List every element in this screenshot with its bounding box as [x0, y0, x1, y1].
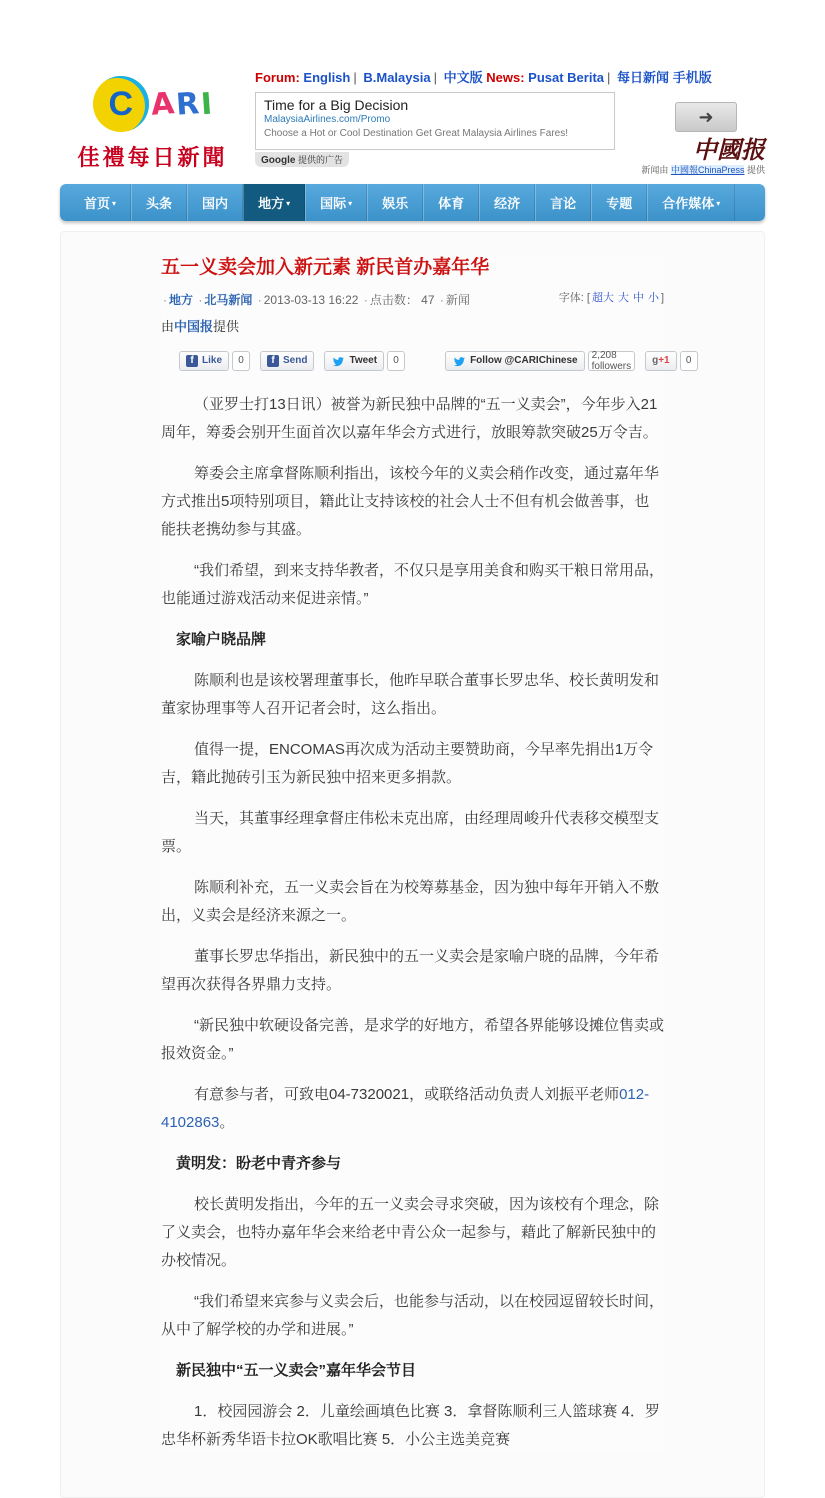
paragraph: 值得一提，ENCOMAS再次成为活动主要赞助商，今早率先捐出1万令吉，籍此抛砖引…: [161, 736, 664, 792]
nav-label: 合作媒体: [662, 196, 714, 211]
chevron-down-icon: ▾: [716, 199, 720, 208]
article-title: 五一义卖会加入新元素 新民首办嘉年华: [161, 256, 664, 281]
nav-label: 地方: [258, 196, 284, 211]
nav-item-opinion[interactable]: 言论: [535, 184, 591, 221]
article-body: （亚罗士打13日讯）被誉为新民独中品牌的“五一义卖会”，今年步入21周年，筹委会…: [161, 391, 664, 1454]
nav-item-entertainment[interactable]: 娱乐: [367, 184, 423, 221]
separator: |: [604, 70, 613, 85]
contact-text: 有意参与者，可致电04-7320021，或联络活动负责人刘振平老师: [194, 1086, 619, 1103]
chevron-down-icon: ▾: [286, 199, 290, 208]
dot: ·: [362, 293, 370, 307]
ad-arrow-button[interactable]: ➜: [675, 102, 737, 132]
font-size-large[interactable]: 大: [618, 292, 629, 304]
nav-label: 言论: [550, 196, 576, 211]
chevron-down-icon: ▾: [112, 199, 116, 208]
send-label: Send: [283, 355, 307, 366]
cari-logo-letters: ARI: [149, 87, 213, 122]
cari-logo-art: C ARI: [60, 73, 245, 135]
forum-label: Forum:: [255, 70, 300, 85]
paragraph: 陈顺利也是该校署理董事长，他昨早联合董事长罗忠华、校长黄明发和董家协理事等人召开…: [161, 667, 664, 723]
follow-label: Follow @CARIChinese: [470, 355, 578, 366]
tweet-button[interactable]: Tweet: [324, 351, 384, 371]
nav-label: 娱乐: [382, 196, 408, 211]
google-plusone-button[interactable]: g+1: [645, 351, 677, 371]
tweet-count[interactable]: 0: [387, 351, 405, 371]
chinapress-logo: 中國报: [641, 138, 765, 162]
plusone-count[interactable]: 0: [680, 351, 698, 371]
dot: ·: [161, 293, 169, 307]
google-brand: Google: [261, 155, 295, 166]
nav-item-economy[interactable]: 经济: [479, 184, 535, 221]
subheading-brand: 家喻户晓品牌: [161, 626, 664, 654]
provider-prefix: 由: [161, 319, 174, 334]
nav-label: 体育: [438, 196, 464, 211]
paragraph: 校长黄明发指出，今年的五一义卖会寻求突破，因为该校有个理念，除了义卖会，也特办嘉…: [161, 1191, 664, 1275]
page: C ARI 佳禮每日新聞 Forum: English| B.Malaysia|…: [60, 0, 765, 1498]
bracket: ]: [661, 292, 664, 304]
logo-letter-i: I: [200, 86, 214, 122]
link-news-pusat-berita[interactable]: Pusat Berita: [528, 70, 604, 85]
font-size-xl[interactable]: 超大: [592, 292, 614, 304]
hits-count: 47: [421, 293, 434, 307]
source-tag: 新闻: [446, 293, 470, 307]
facebook-icon: f: [267, 355, 279, 367]
plusone-label: +1: [658, 355, 669, 366]
link-forum-bmalaysia[interactable]: B.Malaysia: [363, 70, 430, 85]
paragraph: 董事长罗忠华指出，新民独中的五一义卖会是家喻户晓的品牌，今年希望再次获得各界鼎力…: [161, 943, 664, 999]
link-news-daily[interactable]: 每日新闻: [617, 70, 669, 85]
nav-label: 首页: [84, 196, 110, 211]
logo-letter-r: R: [175, 86, 200, 123]
bracket: [: [587, 292, 590, 304]
article: 五一义卖会加入新元素 新民首办嘉年华 ·地方 ·北马新闻 ·2013-03-13…: [161, 256, 664, 1454]
category-link-local[interactable]: 地方: [169, 293, 193, 307]
ad-box[interactable]: Time for a Big Decision MalaysiaAirlines…: [255, 92, 615, 150]
logo-tagline: 佳禮每日新聞: [60, 141, 245, 172]
paragraph: 1．校园园游会 2．儿童绘画填色比赛 3．拿督陈顺利三人篮球赛 4．罗忠华杯新秀…: [161, 1398, 664, 1454]
nav-label: 国内: [202, 196, 228, 211]
font-size-control: 字体: [超大大中小]: [559, 289, 664, 305]
paragraph: “我们希望来宾参与义卖会后，也能参与活动，以在校园逗留较长时间，从中了解学校的办…: [161, 1288, 664, 1344]
category-link-north-malaya[interactable]: 北马新闻: [204, 293, 252, 307]
separator: |: [431, 70, 440, 85]
chinapress-prefix: 新闻由: [641, 165, 668, 175]
nav-item-partner-media[interactable]: 合作媒体▾: [647, 184, 735, 221]
nav-label: 头条: [146, 196, 172, 211]
twitter-icon: [331, 355, 345, 367]
subheading-principal: 黄明发：盼老中青齐参与: [161, 1150, 664, 1178]
paragraph: 筹委会主席拿督陈顺利指出，该校今年的义卖会稍作改变，通过嘉年华方式推出5项特别项…: [161, 460, 664, 544]
article-meta: ·地方 ·北马新闻 ·2013-03-13 16:22 ·点击数： 47 ·新闻…: [161, 291, 664, 308]
nav-label: 国际: [320, 196, 346, 211]
google-ad-badge[interactable]: Google 提供的广告: [255, 152, 349, 167]
chinapress-link[interactable]: 中國報ChinaPress: [671, 165, 745, 175]
nav-item-topics[interactable]: 专题: [591, 184, 647, 221]
link-forum-english[interactable]: English: [303, 70, 350, 85]
ad-url[interactable]: MalaysiaAirlines.com/Promo: [264, 114, 606, 125]
cari-logo-c-icon: C: [93, 76, 149, 132]
ad-title[interactable]: Time for a Big Decision: [264, 97, 606, 113]
provider-suffix: 提供: [213, 319, 239, 334]
paragraph: 当天，其董事经理拿督庄伟松未克出席，由经理周峻升代表移交模型支票。: [161, 805, 664, 861]
link-forum-chinese[interactable]: 中文版: [444, 70, 483, 85]
social-share-bar: fLike 0 fSend Tweet 0 Follow @CAR: [179, 351, 664, 371]
nav-label: 专题: [606, 196, 632, 211]
topbar-links: Forum: English| B.Malaysia| 中文版 News: Pu…: [255, 65, 765, 92]
nav-item-international[interactable]: 国际▾: [305, 184, 367, 221]
link-mobile-version[interactable]: 手机版: [673, 70, 712, 85]
article-datetime: 2013-03-13 16:22: [264, 293, 359, 307]
google-badge-text: 提供的广告: [298, 155, 343, 165]
facebook-like-button[interactable]: fLike: [179, 351, 229, 371]
paragraph: （亚罗士打13日讯）被誉为新民独中品牌的“五一义卖会”，今年步入21周年，筹委会…: [161, 391, 664, 447]
chinapress-suffix: 提供: [747, 165, 765, 175]
paragraph: 陈顺利补充，五一义卖会旨在为校筹募基金，因为独中每年开销入不敷出，义卖会是经济来…: [161, 874, 664, 930]
nav-item-headlines[interactable]: 头条: [131, 184, 187, 221]
logo-letter-a: A: [150, 86, 176, 123]
twitter-icon: [452, 355, 466, 367]
font-size-medium[interactable]: 中: [633, 292, 644, 304]
provider-line: 由中国报提供: [161, 316, 664, 335]
chinapress-block: 中國报 新闻由 中國報ChinaPress 提供: [641, 138, 765, 176]
main-nav: 首页▾ 头条 国内 地方▾ 国际▾ 娱乐 体育 经济 言论 专题 合作媒体▾: [60, 184, 765, 221]
content-area: 五一义卖会加入新元素 新民首办嘉年华 ·地方 ·北马新闻 ·2013-03-13…: [60, 231, 765, 1498]
ad-description: Choose a Hot or Cool Destination Get Gre…: [264, 128, 606, 139]
facebook-send-button[interactable]: fSend: [260, 351, 314, 371]
contact-suffix: 。: [219, 1114, 234, 1131]
nav-item-domestic[interactable]: 国内: [187, 184, 243, 221]
arrow-right-icon: ➜: [698, 107, 713, 128]
font-size-label: 字体:: [559, 292, 584, 304]
facebook-icon: f: [186, 355, 198, 367]
news-label: News:: [486, 70, 524, 85]
nav-item-local[interactable]: 地方▾: [243, 184, 305, 221]
nav-label: 经济: [494, 196, 520, 211]
separator: |: [350, 70, 359, 85]
nav-item-home[interactable]: 首页▾: [70, 184, 131, 221]
hits-label: 点击数：: [370, 293, 418, 307]
like-label: Like: [202, 355, 222, 366]
provider-link-chinapress[interactable]: 中国报: [174, 319, 213, 334]
chinapress-attribution: 新闻由 中國報ChinaPress 提供: [641, 163, 765, 176]
like-count[interactable]: 0: [232, 351, 250, 371]
font-size-small[interactable]: 小: [648, 292, 659, 304]
nav-item-sports[interactable]: 体育: [423, 184, 479, 221]
chevron-down-icon: ▾: [348, 199, 352, 208]
paragraph: “我们希望，到来支持华教者，不仅只是享用美食和购买干粮日常用品，也能通过游戏活动…: [161, 557, 664, 613]
dot: ·: [256, 293, 264, 307]
dot: ·: [438, 293, 446, 307]
paragraph-contact: 有意参与者，可致电04-7320021，或联络活动负责人刘振平老师012-410…: [161, 1081, 664, 1137]
header: C ARI 佳禮每日新聞 Forum: English| B.Malaysia|…: [60, 55, 765, 176]
subheading-program: 新民独中“五一义卖会”嘉年华会节目: [161, 1357, 664, 1385]
tweet-label: Tweet: [349, 355, 377, 366]
cari-logo[interactable]: C ARI 佳禮每日新聞: [60, 65, 245, 172]
paragraph: “新民独中软硬设备完善，是求学的好地方，希望各界能够设摊位售卖或报效资金。”: [161, 1012, 664, 1068]
followers-count: 2,208 followers: [588, 351, 635, 371]
twitter-follow-button[interactable]: Follow @CARIChinese: [445, 351, 585, 371]
